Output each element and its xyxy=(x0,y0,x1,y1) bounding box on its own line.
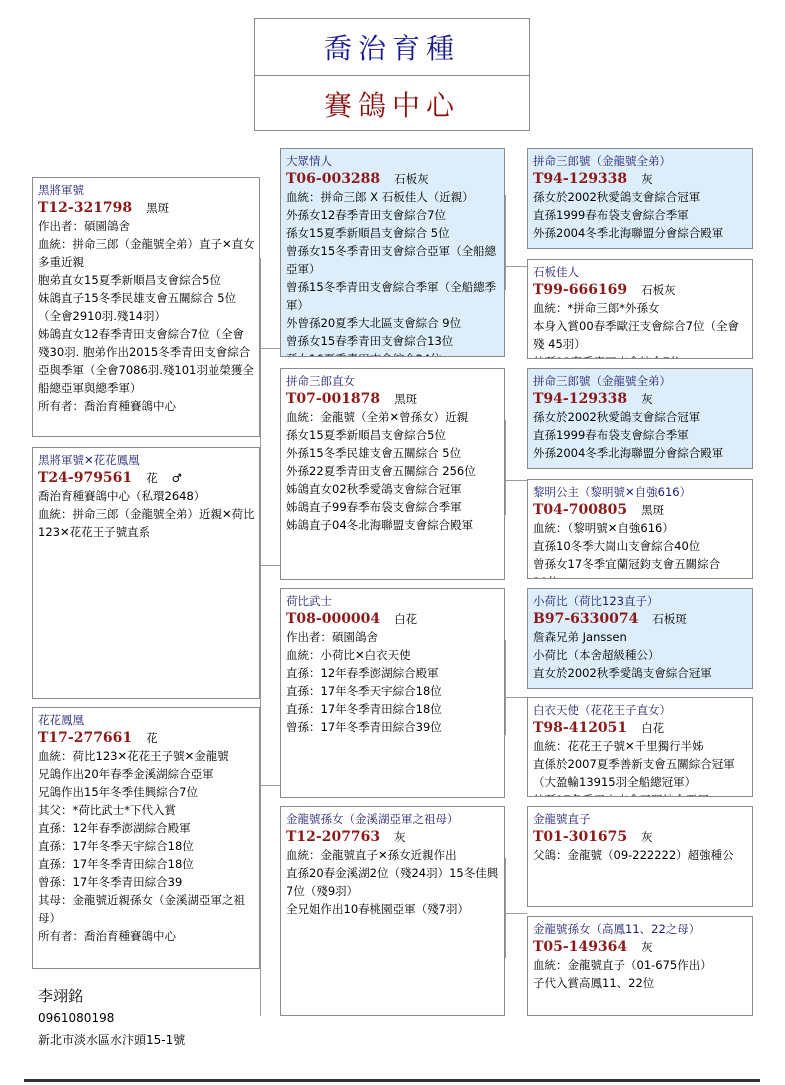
pigeon-name: 黎明公主（黎明號✕自強616） xyxy=(533,483,748,501)
info-line: 所有者：喬治育種賽鴿中心 xyxy=(38,927,255,945)
info-line: 直孫：12年春季澎湖綜合殿軍 xyxy=(286,664,500,682)
owner-name: 李翊銘 xyxy=(38,985,185,1007)
info-line: 姊鴿直女12春季青田支會綜合7位（全會殘30羽. 胞弟作出2015冬季青田支會綜… xyxy=(38,325,255,397)
pigeon-color: 黑斑 xyxy=(394,392,417,406)
pigeon-name: 金龍號孫女（高鳳11、22之母） xyxy=(533,920,748,938)
ring-number: B97-6330074 xyxy=(533,611,638,627)
info-line: 詹森兄弟 Janssen xyxy=(533,628,748,646)
ring-number: T94-129338 xyxy=(533,171,627,187)
info-line: 直孫1999春布袋支會綜合季軍 xyxy=(533,426,748,444)
address: 新北市淡水區水汴頭15-1號 xyxy=(38,1029,185,1051)
pigeon-color: 灰 xyxy=(641,392,653,406)
connector-line xyxy=(505,480,527,481)
info-line: 直孫：17年冬季天宇綜合18位 xyxy=(286,682,500,700)
info-line: 小荷比（本舍超級種公） xyxy=(533,646,748,664)
info-line: 39位 xyxy=(533,573,748,579)
ring-number: T06-003288 xyxy=(286,171,380,187)
contact-info: 李翊銘 0961080198 新北市淡水區水汴頭15-1號 xyxy=(38,985,185,1051)
pigeon-color: 灰 xyxy=(641,940,653,954)
pairing-card: 黑將軍號✕花花鳳凰 T24-979561花♂ 喬治育種賽鴿中心（私環2648） … xyxy=(32,447,260,699)
grandparent-card: 拼命三郎號（金龍號全弟） T94-129338灰 孫女於2002秋愛鴿支會綜合冠… xyxy=(527,148,753,249)
pigeon-name: 金龍號孫女（金溪湖亞軍之祖母） xyxy=(286,810,500,828)
info-line: 父鴿：金龍號（09-222222）超強種公 xyxy=(533,846,748,864)
info-line: 其父：*荷比武士*下代入賞 xyxy=(38,801,255,819)
info-line: 直係於2007夏季善新支會五關綜合冠軍（大盈輪13915羽全船總冠軍） xyxy=(533,755,748,791)
info-line: 外曾孫20夏季大北區支會綜合 9位 xyxy=(286,314,500,332)
pigeon-name: 黑將軍號✕花花鳳凰 xyxy=(38,451,255,469)
info-line: 血統：荷比123✕花花王子號✕金龍號 xyxy=(38,747,255,765)
header-subtitle: 賽鴿中心 xyxy=(255,76,529,132)
pigeon-color: 灰 xyxy=(641,830,653,844)
pigeon-color: 灰 xyxy=(641,172,653,186)
info-line: 兄鴿作出15年冬季佳興綜合7位 xyxy=(38,783,255,801)
info-line: 子代入賞高鳳11、22位 xyxy=(533,974,748,992)
ring-number: T08-000004 xyxy=(286,611,380,627)
pigeon-name: 金龍號直子 xyxy=(533,810,748,828)
info-line: 直孫10冬季大崗山支會綜合40位 xyxy=(533,537,748,555)
pigeon-name: 花花鳳凰 xyxy=(38,711,255,729)
pigeon-color: 石板灰 xyxy=(394,172,429,186)
info-line: 血統：花花王子號✕千里獨行半姊 xyxy=(533,737,748,755)
grandparent-card: 拼命三郎號（金龍號全弟） T94-129338灰 孫女於2002秋愛鴿支會綜合冠… xyxy=(527,368,753,469)
connector-line xyxy=(505,266,527,267)
pigeon-name: 黑將軍號 xyxy=(38,181,255,199)
info-line: 其母：金龍號近親孫女（金溪湖亞軍之祖母） xyxy=(38,891,255,927)
subject-card: 黑將軍號 T12-321798黑斑 作出者：碩園鴿舍 血統：拼命三郎（金龍號全弟… xyxy=(32,177,260,437)
pigeon-color: 石板灰 xyxy=(641,283,676,297)
info-line: 外孫12春季青田支會綜合7位 xyxy=(533,353,748,359)
pigeon-color: 花 xyxy=(146,471,158,485)
pigeon-name: 拼命三郎直女 xyxy=(286,372,500,390)
info-line: 孫女15夏季新順昌支會綜合5位 xyxy=(286,426,500,444)
info-line: 血統：*拼命三郎*外孫女 xyxy=(533,299,748,317)
info-line: 孫女15夏季新順昌支會綜合 5位 xyxy=(286,224,500,242)
info-line: 曾孫女15春季青田支會綜合13位 xyxy=(286,332,500,350)
info-line: 外孫2004冬季北海聯盟分會綜合殿軍 xyxy=(533,444,748,462)
info-line: 血統：小荷比✕白衣天使 xyxy=(286,646,500,664)
info-line: 本身入賞00春季歐汪支會綜合7位（全會殘 45羽） xyxy=(533,317,748,353)
grandparent-card: 黎明公主（黎明號✕自強616） T04-700805黑斑 血統：（黎明號✕自強6… xyxy=(527,479,753,579)
info-line: 血統：（黎明號✕自強616） xyxy=(533,519,748,537)
pigeon-color: 白花 xyxy=(641,721,664,735)
pigeon-name: 石板佳人 xyxy=(533,263,748,281)
info-line: 直孫：12年春季澎湖綜合殿軍 xyxy=(38,819,255,837)
connector-line xyxy=(260,258,261,1016)
info-line: 所有者：喬治育種賽鴿中心 xyxy=(38,397,255,415)
info-line: 血統：金龍號直子（01-675作出） xyxy=(533,956,748,974)
info-line: 血統：金龍號（全弟✕曾孫女）近親 xyxy=(286,408,500,426)
grandparent-card: 石板佳人 T99-666169石板灰 血統：*拼命三郎*外孫女 本身入賞00春季… xyxy=(527,259,753,359)
ring-number: T12-321798 xyxy=(38,200,132,216)
info-line: 兄鴿作出20年春季金溪湖綜合亞軍 xyxy=(38,765,255,783)
ring-number: T99-666169 xyxy=(533,282,627,298)
phone-number: 0961080198 xyxy=(38,1007,185,1029)
parent-card: 拼命三郎直女 T07-001878黑斑 血統：金龍號（全弟✕曾孫女）近親 孫女1… xyxy=(280,368,505,580)
info-line: 直孫：17年冬季天宇綜合18位 xyxy=(38,837,255,855)
info-line: 妹鴿直子15冬季民雄支會五關綜合 5位（全會2910羽.殘14羽） xyxy=(38,289,255,325)
page-header: 喬治育種 賽鴿中心 xyxy=(254,18,530,131)
info-line: 血統：拼命三郎（金龍號全弟）近親✕荷比123✕花花王子號直系 xyxy=(38,505,255,541)
info-line: 外孫2004冬季北海聯盟分會綜合殿軍 xyxy=(533,224,748,242)
ring-number: T01-301675 xyxy=(533,829,627,845)
parent-card: 大眾情人 T06-003288石板灰 血統：拼命三郎 X 石板佳人（近親） 外孫… xyxy=(280,148,505,357)
connector-line xyxy=(505,913,527,914)
info-line: 全兄姐作出10春桃園亞軍（殘7羽） xyxy=(286,900,500,918)
info-line: 喬治育種賽鴿中心（私環2648） xyxy=(38,487,255,505)
info-line: 作出者：碩園鴿舍 xyxy=(38,217,255,235)
male-sex-icon: ♂ xyxy=(172,471,182,485)
info-line: 胞弟直女15夏季新順昌支會綜合5位 xyxy=(38,271,255,289)
connector-line xyxy=(260,348,280,349)
pigeon-name: 大眾情人 xyxy=(286,152,500,170)
info-line: 血統：拼命三郎 X 石板佳人（近親） xyxy=(286,188,500,206)
pigeon-name: 拼命三郎號（金龍號全弟） xyxy=(533,152,748,170)
grandparent-card: 小荷比（荷比123直子） B97-6330074石板斑 詹森兄弟 Janssen… xyxy=(527,588,753,689)
connector-line xyxy=(505,697,527,698)
pigeon-color: 石板斑 xyxy=(652,612,687,626)
dam-card: 花花鳳凰 T17-277661花 血統：荷比123✕花花王子號✕金龍號 兄鴿作出… xyxy=(32,707,260,969)
pigeon-name: 荷比武士 xyxy=(286,592,500,610)
info-line: 直孫：17年冬季青田綜合18位 xyxy=(38,855,255,873)
bottom-divider xyxy=(24,1079,760,1082)
connector-line xyxy=(260,785,280,786)
pigeon-name: 拼命三郎號（金龍號全弟） xyxy=(533,372,748,390)
parent-card: 金龍號孫女（金溪湖亞軍之祖母） T12-207763灰 血統：金龍號直子✕孫女近… xyxy=(280,806,505,1016)
info-line: 孫女於2002秋愛鴿支會綜合冠軍 xyxy=(533,408,748,426)
pigeon-name: 白衣天使（花花王子直女） xyxy=(533,701,748,719)
info-line: 姊鴿直子04冬北海聯盟支會綜合殿軍 xyxy=(286,516,500,534)
info-line: 曾孫女15冬季青田支會綜合亞軍（全船總亞軍） xyxy=(286,242,500,278)
info-line: 孫女16夏季青田支會綜合24位 xyxy=(286,350,500,357)
info-line: 曾孫15冬季青田支會綜合季軍（全船總季軍） xyxy=(286,278,500,314)
info-line: 曾孫：17年冬季青田綜合39 xyxy=(38,873,255,891)
info-line: 姊鴿直女02秋季愛鴿支會綜合冠軍 xyxy=(286,480,500,498)
pigeon-color: 黑斑 xyxy=(146,201,169,215)
parent-card: 荷比武士 T08-000004白花 作出者：碩園鴿舍 血統：小荷比✕白衣天使 直… xyxy=(280,588,505,798)
info-line: 外孫17冬季天宇支會五關綜合亞軍 xyxy=(533,791,748,797)
info-line: 外孫15冬季民雄支會五關綜合 5位 xyxy=(286,444,500,462)
info-line: 外孫女12春季青田支會綜合7位 xyxy=(286,206,500,224)
pigeon-color: 灰 xyxy=(394,830,406,844)
ring-number: T04-700805 xyxy=(533,502,627,518)
info-line: 直孫：17年冬季青田綜合18位 xyxy=(286,700,500,718)
connector-line xyxy=(505,195,506,290)
info-line: 姊鴿直子99春季布袋支會綜合季軍 xyxy=(286,498,500,516)
connector-line xyxy=(505,640,506,735)
pigeon-name: 小荷比（荷比123直子） xyxy=(533,592,748,610)
info-line: 孫女於2002秋愛鴿支會綜合冠軍 xyxy=(533,188,748,206)
info-line: 血統：拼命三郎（金龍號全弟）直子✕直女 多重近親 xyxy=(38,235,255,271)
ring-number: T94-129338 xyxy=(533,391,627,407)
header-title: 喬治育種 xyxy=(255,19,529,76)
pigeon-color: 黑斑 xyxy=(641,503,664,517)
pigeon-color: 花 xyxy=(146,731,158,745)
connector-line xyxy=(505,858,506,958)
ring-number: T12-207763 xyxy=(286,829,380,845)
info-line: 血統：金龍號直子✕孫女近親作出 xyxy=(286,846,500,864)
grandparent-card: 白衣天使（花花王子直女） T98-412051白花 血統：花花王子號✕千里獨行半… xyxy=(527,697,753,797)
ring-number: T17-277661 xyxy=(38,730,132,746)
ring-number: T05-149364 xyxy=(533,939,627,955)
grandparent-card: 金龍號孫女（高鳳11、22之母） T05-149364灰 血統：金龍號直子（01… xyxy=(527,916,753,1016)
grandparent-card: 金龍號直子 T01-301675灰 父鴿：金龍號（09-222222）超強種公 xyxy=(527,806,753,907)
ring-number: T24-979561 xyxy=(38,470,132,486)
ring-number: T07-001878 xyxy=(286,391,380,407)
connector-line xyxy=(505,420,506,515)
ring-number: T98-412051 xyxy=(533,720,627,736)
info-line: 直孫20春金溪湖2位（殘24羽）15冬佳興7位（殘9羽） xyxy=(286,864,500,900)
pigeon-color: 白花 xyxy=(394,612,417,626)
info-line: 曾孫：17年冬季青田綜合39位 xyxy=(286,718,500,736)
info-line: 直女於2002秋季愛鴿支會綜合冠軍 xyxy=(533,664,748,682)
info-line: 直孫1999春布袋支會綜合季軍 xyxy=(533,206,748,224)
info-line: 作出者：碩園鴿舍 xyxy=(286,628,500,646)
connector-line xyxy=(260,565,280,566)
info-line: 曾孫女17冬季宜蘭冠鈞支會五關綜合 xyxy=(533,555,748,573)
info-line: 外孫22夏季青田支會五關綜合 256位 xyxy=(286,462,500,480)
